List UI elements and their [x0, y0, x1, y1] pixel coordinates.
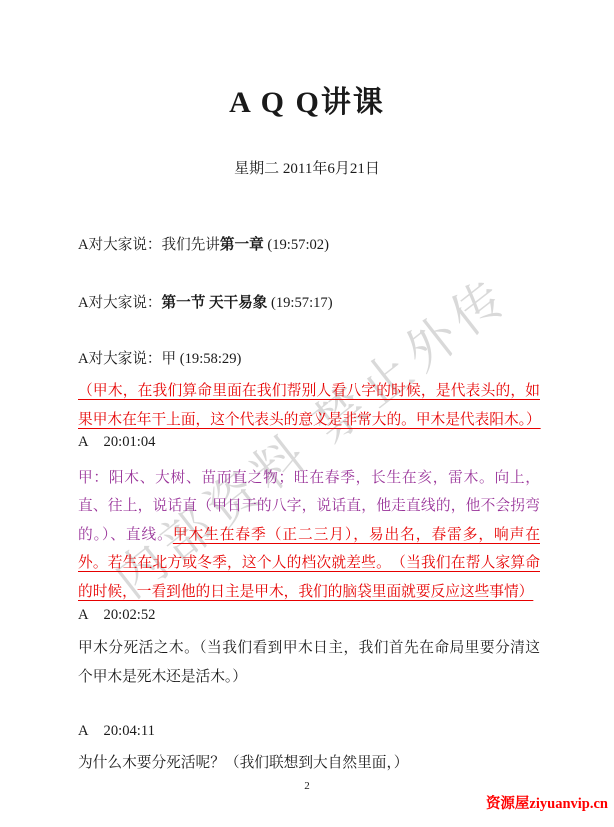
- dead-live-wood-paragraph: 甲木分死活之木。（当我们看到甲木日主，我们首先在命局里要分清这个甲木是死木还是活…: [78, 634, 540, 692]
- time-value: 20:04:11: [104, 723, 155, 739]
- say1-bold-chapter: 第一章: [220, 237, 264, 253]
- time-value: 20:02:52: [104, 607, 156, 623]
- time-value: 20:01:04: [104, 434, 156, 450]
- document-date: 星期二 2011年6月21日: [0, 157, 614, 178]
- chat-say-line-1: A对大家说：我们先讲第一章 (19:57:02): [78, 234, 540, 256]
- timestamp-line-3: A20:04:11: [78, 723, 540, 740]
- speaker-label: A: [78, 723, 89, 739]
- say2-bold-section: 第一节 天干易象: [162, 295, 268, 311]
- document-title: A Q Q讲课: [0, 85, 614, 121]
- say1-text: A对大家说：我们先讲: [78, 237, 220, 253]
- document-page: 内部资料 禁止外传 A Q Q讲课 星期二 2011年6月21日 A对大家说：我…: [0, 0, 614, 827]
- site-watermark: 资源屋ziyuanvip.cn: [486, 792, 608, 813]
- say2-text: A对大家说：: [78, 295, 162, 311]
- red-annotation-paragraph: （甲木，在我们算命里面在我们帮别人看八字的时候，是代表头的，如果甲木在年干上面，…: [78, 377, 540, 435]
- chat-say-line-2: A对大家说：第一节 天干易象 (19:57:17): [78, 292, 540, 314]
- speaker-label: A: [78, 434, 89, 450]
- speaker-label: A: [78, 607, 89, 623]
- say1-time: (19:57:02): [264, 237, 329, 253]
- say2-time: (19:57:17): [267, 295, 332, 311]
- chat-say-line-3: A对大家说：甲 (19:58:29): [78, 348, 540, 370]
- jia-description-paragraph: 甲：阳木、大树、苗而直之物；旺在春季，长生在亥，雷木。向上，直、往上，说话直（甲…: [78, 464, 540, 607]
- timestamp-line-2: A20:02:52: [78, 607, 540, 624]
- timestamp-line-1: A20:01:04: [78, 434, 540, 451]
- question-paragraph: 为什么木要分死活呢？（我们联想到大自然里面，）: [78, 752, 540, 774]
- page-number: 2: [0, 780, 614, 792]
